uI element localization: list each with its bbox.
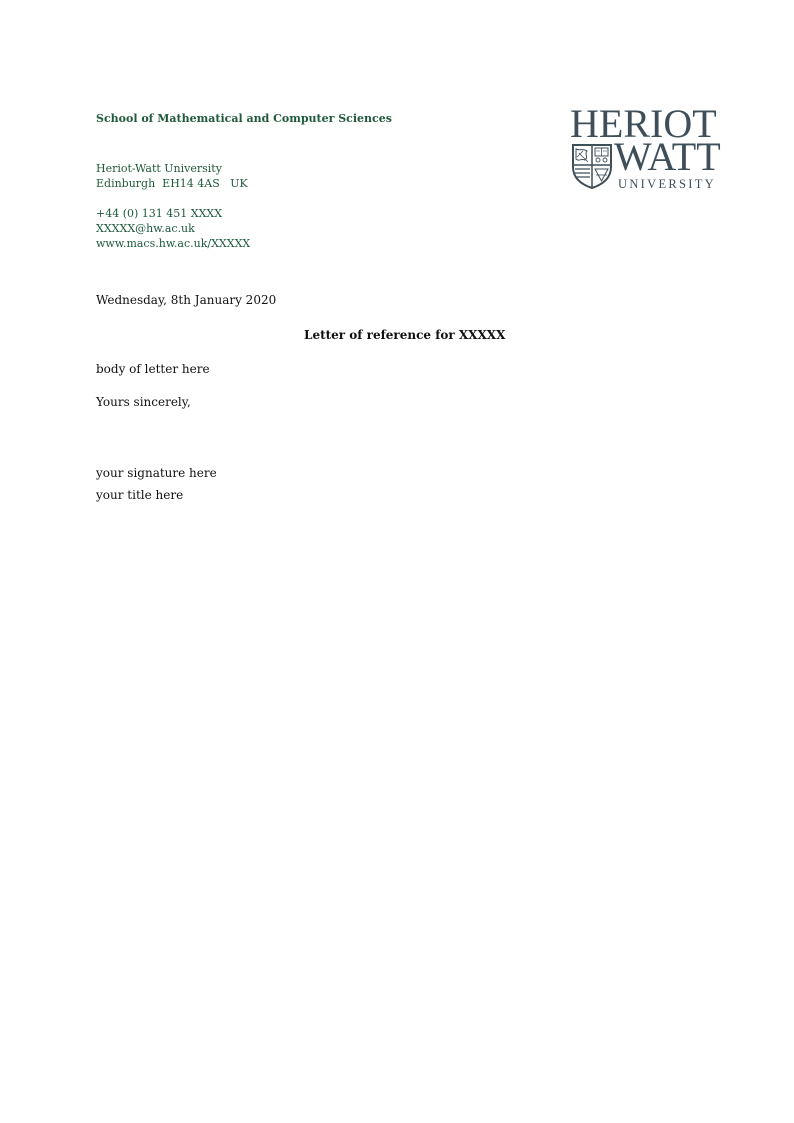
logo-watt-text: WATT <box>614 137 721 177</box>
logo-university-text: UNIVERSITY <box>618 177 716 192</box>
address-line-city: Edinburgh EH14 4AS UK <box>96 176 248 191</box>
heriot-watt-logo: HERIOT WATT UNIVERSITY <box>570 108 730 192</box>
letter-body: body of letter here <box>96 362 210 376</box>
website-link[interactable]: www.macs.hw.ac.uk/XXXXX <box>96 236 250 251</box>
letter-subject: Letter of reference for XXXXX <box>304 328 505 342</box>
email-address[interactable]: XXXXX@hw.ac.uk <box>96 221 250 236</box>
contact-details: +44 (0) 131 451 XXXX XXXXX@hw.ac.uk www.… <box>96 206 250 251</box>
letter-closing: Yours sincerely, <box>96 395 191 409</box>
phone-number: +44 (0) 131 451 XXXX <box>96 206 250 221</box>
letter-date: Wednesday, 8th January 2020 <box>96 293 276 307</box>
school-name: School of Mathematical and Computer Scie… <box>96 112 392 125</box>
postal-address: Heriot-Watt University Edinburgh EH14 4A… <box>96 161 248 191</box>
signatory-title: your title here <box>96 488 183 502</box>
address-line-institution: Heriot-Watt University <box>96 161 248 176</box>
signature-line: your signature here <box>96 466 217 480</box>
university-crest-shield-icon <box>571 143 613 189</box>
